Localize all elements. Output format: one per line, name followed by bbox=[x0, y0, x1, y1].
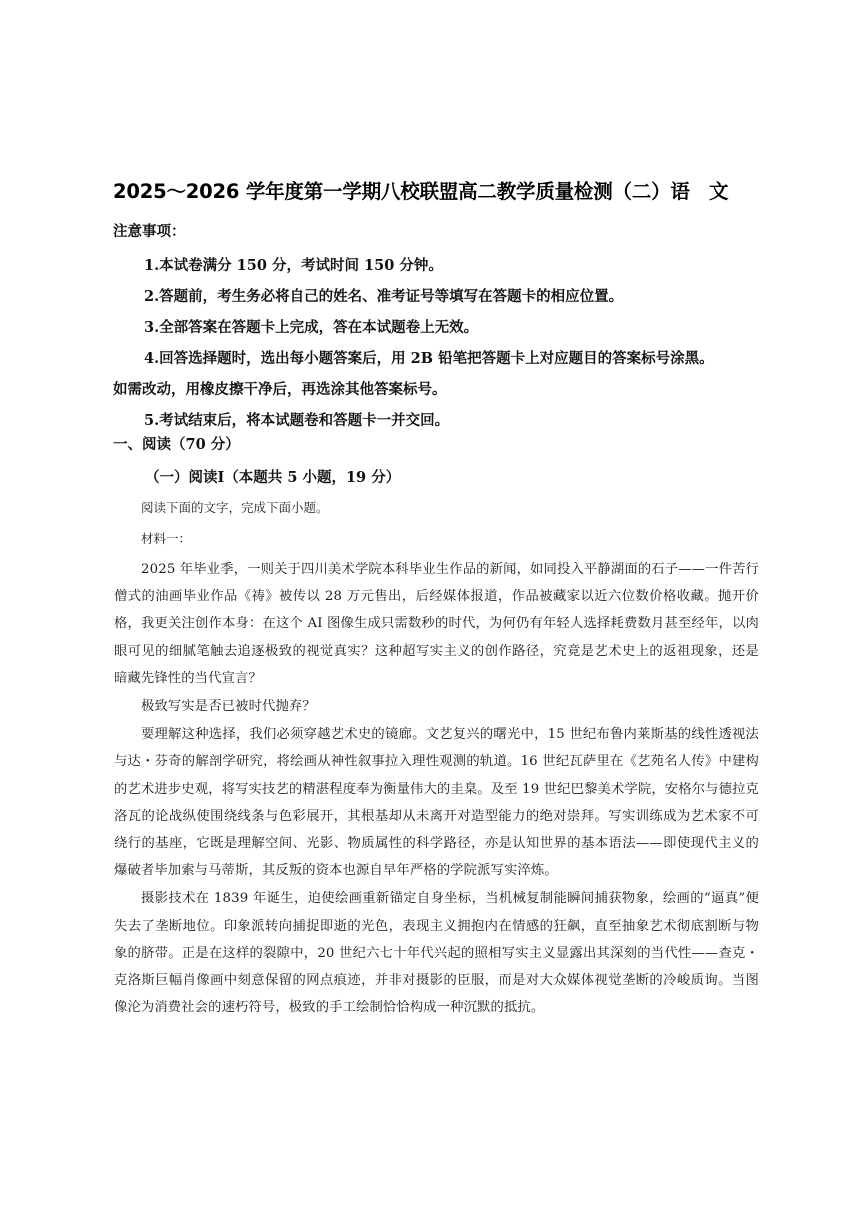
exam-page: 2025～2026 学年度第一学期八校联盟高二教学质量检测（二）语 文 注意事项… bbox=[0, 0, 868, 1227]
notice-heading: 注意事项： bbox=[113, 220, 186, 241]
notice-item: 3.全部答案在答题卡上完成，答在本试题卷上无效。 bbox=[113, 312, 763, 343]
body-paragraph: 摄影技术在 1839 年诞生，迫使绘画重新锚定自身坐标，当机械复制能瞬间捕获物象… bbox=[114, 885, 759, 1021]
body-paragraph: 要理解这种选择，我们必须穿越艺术史的镜廊。文艺复兴的曙光中，15 世纪布鲁内莱斯… bbox=[114, 721, 759, 884]
material-label: 材料一： bbox=[141, 529, 191, 547]
body-paragraph: 2025 年毕业季，一则关于四川美术学院本科毕业生作品的新闻，如同投入平静湖面的… bbox=[114, 556, 759, 692]
exam-title: 2025～2026 学年度第一学期八校联盟高二教学质量检测（二）语 文 bbox=[113, 176, 773, 204]
notice-item-continuation: 如需改动，用橡皮擦干净后，再选涂其他答案标号。 bbox=[113, 374, 763, 405]
body-paragraph: 极致写实是否已被时代抛弃？ bbox=[114, 693, 759, 720]
subsection-heading: （一）阅读Ⅰ（本题共 5 小题，19 分） bbox=[145, 466, 400, 487]
notice-item: 4.回答选择题时，选出每小题答案后，用 2B 铅笔把答题卡上对应题目的答案标号涂… bbox=[113, 343, 763, 374]
notice-list: 1.本试卷满分 150 分，考试时间 150 分钟。 2.答题前，考生务必将自己… bbox=[113, 250, 763, 436]
section-heading: 一、阅读（70 分） bbox=[113, 433, 240, 454]
notice-item: 2.答题前，考生务必将自己的姓名、准考证号等填写在答题卡的相应位置。 bbox=[113, 281, 763, 312]
notice-item: 5.考试结束后，将本试题卷和答题卡一并交回。 bbox=[113, 405, 763, 436]
material-body: 2025 年毕业季，一则关于四川美术学院本科毕业生作品的新闻，如同投入平静湖面的… bbox=[114, 556, 759, 1021]
notice-item: 1.本试卷满分 150 分，考试时间 150 分钟。 bbox=[113, 250, 763, 281]
reading-instruction: 阅读下面的文字，完成下面小题。 bbox=[141, 498, 329, 516]
